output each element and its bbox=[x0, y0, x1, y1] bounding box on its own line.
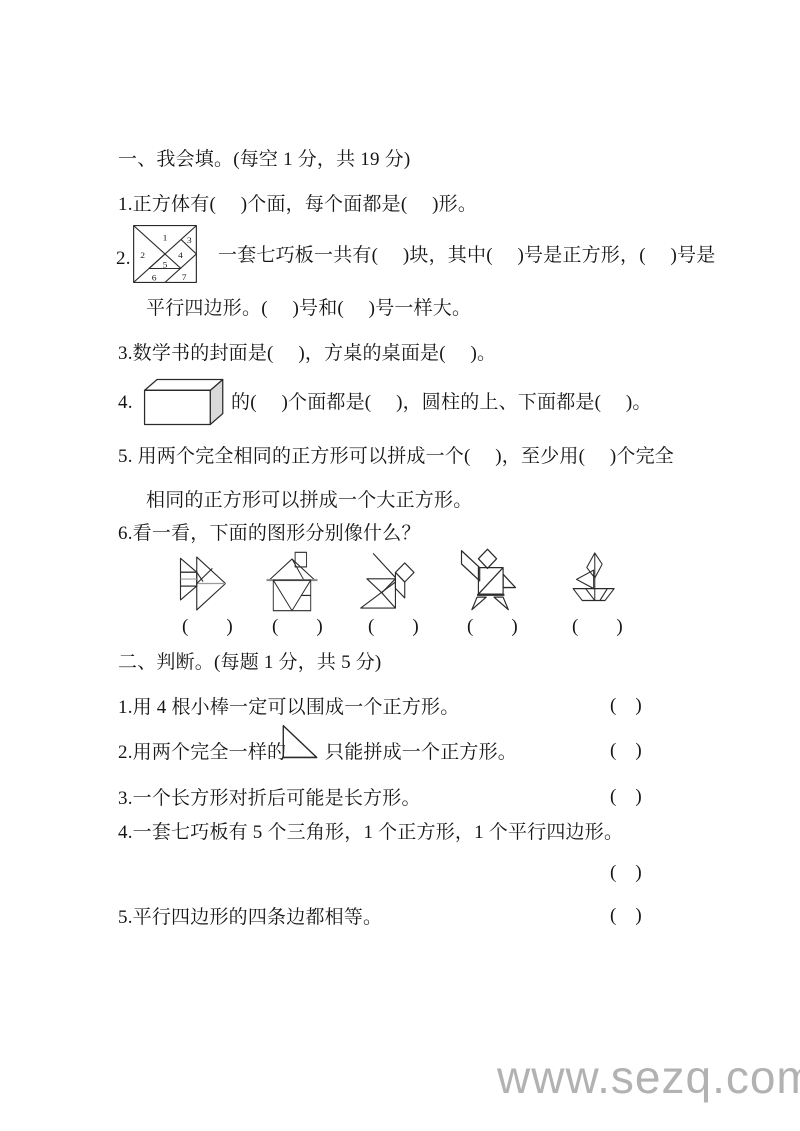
section2-title: 二、判断。(每题 1 分，共 5 分) bbox=[118, 650, 381, 675]
tangram-piece-label: 7 bbox=[182, 273, 187, 282]
worksheet-page: 一、我会填。(每空 1 分，共 19 分) 1.正方体有( )个面，每个面都是(… bbox=[0, 0, 800, 1131]
judgment-blank: ( ) bbox=[610, 740, 642, 762]
tangram-piece-label: 4 bbox=[178, 250, 183, 259]
tangram-piece-label: 5 bbox=[163, 260, 168, 269]
section1-title: 一、我会填。(每空 1 分，共 19 分) bbox=[118, 147, 410, 172]
right-triangle-diagram bbox=[281, 724, 319, 760]
figure-duck bbox=[564, 549, 621, 615]
section1-q5-line1: 5. 用两个完全相同的正方形可以拼成一个( )，至少用( )个完全 bbox=[118, 444, 674, 469]
figure-fish bbox=[178, 552, 228, 615]
watermark: www.sezq.com bbox=[497, 1050, 800, 1104]
tangram-piece-label: 3 bbox=[187, 235, 192, 244]
judgment-blank: ( ) bbox=[610, 786, 642, 808]
tangram-piece-label: 2 bbox=[140, 250, 145, 259]
section1-q2-line2: 平行四边形。( )号和( )号一样大。 bbox=[146, 296, 471, 321]
judgment-blank: ( ) bbox=[610, 905, 642, 927]
figure-bird bbox=[357, 547, 419, 617]
section1-q2-number: 2. bbox=[116, 246, 131, 271]
judgment-blank: ( ) bbox=[610, 695, 642, 717]
answer-blank: ( ) bbox=[272, 616, 323, 638]
section1-q5-line2: 相同的正方形可以拼成一个大正方形。 bbox=[146, 488, 472, 513]
judgment-blank: ( ) bbox=[610, 862, 642, 884]
answer-blank: ( ) bbox=[467, 616, 518, 638]
answer-blank: ( ) bbox=[368, 616, 419, 638]
section1-q3: 3.数学书的封面是( )，方桌的桌面是( )。 bbox=[118, 341, 496, 366]
section1-q1: 1.正方体有( )个面，每个面都是( )形。 bbox=[118, 192, 477, 217]
section2-q2-post: 只能拼成一个正方形。 bbox=[325, 740, 517, 765]
section1-q6: 6.看一看，下面的图形分别像什么？ bbox=[118, 521, 421, 546]
section1-q4-number: 4. bbox=[118, 390, 133, 415]
tangram-piece-label: 6 bbox=[152, 273, 157, 282]
section1-q2-line1: 一套七巧板一共有( )块，其中( )号是正方形，( )号是 bbox=[218, 243, 715, 268]
tangram-square-diagram: 1 2 3 4 5 6 7 bbox=[133, 225, 197, 283]
answer-blank: ( ) bbox=[182, 616, 233, 638]
cuboid-diagram bbox=[143, 377, 229, 427]
section2-q3: 3.一个长方形对折后可能是长方形。 bbox=[118, 786, 421, 811]
section2-q2-pre: 2.用两个完全一样的 bbox=[118, 740, 286, 765]
figure-person bbox=[455, 547, 520, 617]
tangram-piece-label: 1 bbox=[163, 233, 168, 242]
figure-house bbox=[266, 551, 318, 614]
section2-q4: 4.一套七巧板有 5 个三角形，1 个正方形，1 个平行四边形。 bbox=[118, 820, 623, 845]
section2-q5: 5.平行四边形的四条边都相等。 bbox=[118, 905, 382, 930]
answer-blank: ( ) bbox=[572, 616, 623, 638]
section2-q1: 1.用 4 根小棒一定可以围成一个正方形。 bbox=[118, 695, 459, 720]
section1-q4-text: 的( )个面都是( )，圆柱的上、下面都是( )。 bbox=[231, 390, 652, 415]
